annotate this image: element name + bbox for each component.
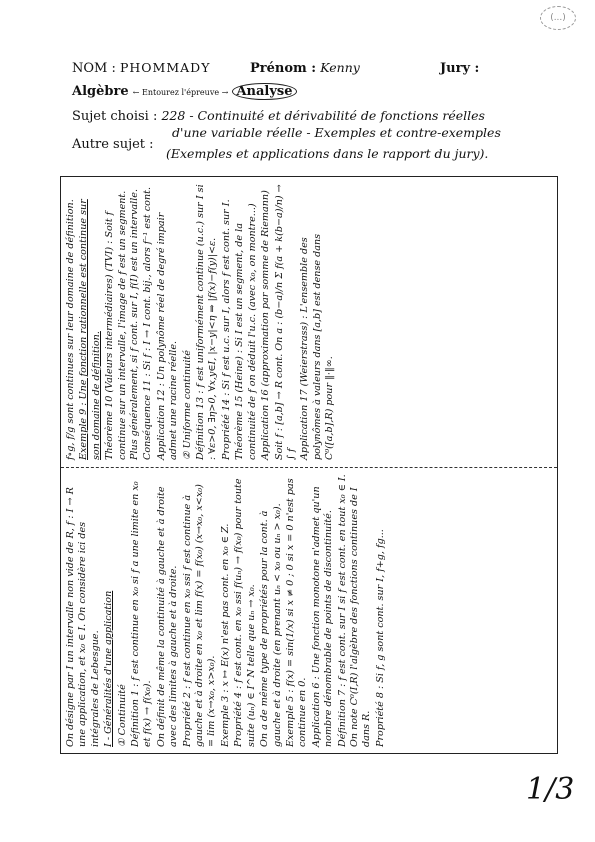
plan-bottom-text: On désigne par I un intervalle non vide …: [61, 468, 557, 753]
plan-line: Théorème 10 (Valeurs intermédiaires) (TV…: [104, 183, 141, 460]
plan-line: Théorème 15 (Heine) : Si I est un segmen…: [234, 183, 259, 460]
plan-line: Définition 1 : f est continue en x₀ si f…: [130, 474, 155, 747]
plan-part-heading: I - Généralités d'une application: [103, 474, 115, 747]
analyse-label-circled: Analyse: [232, 83, 296, 100]
nom-value: PHOMMADY: [120, 60, 210, 75]
plan-line: On désigne par I un intervalle non vide …: [65, 474, 102, 747]
autre-row-2: (Exemples et applications dans le rappor…: [166, 146, 488, 162]
name-row: NOM : PHOMMADY: [72, 60, 210, 76]
sujet-line-2: d'une variable réelle - Exemples et cont…: [172, 125, 501, 140]
autre-label: Autre sujet :: [72, 137, 154, 152]
sujet-row-2: d'une variable réelle - Exemples et cont…: [172, 125, 501, 141]
jury-row: Jury :: [440, 60, 479, 76]
plan-line: Définition 7 : f est cont. sur I si f es…: [337, 474, 374, 747]
plan-line: Application 16 (approximation par somme …: [260, 183, 272, 460]
corner-stamp: (...): [540, 6, 576, 30]
prenom-value: Kenny: [320, 60, 360, 75]
epreuve-row: Algèbre ← Entourez l'épreuve → Analyse: [72, 84, 297, 99]
nom-label: NOM :: [72, 61, 116, 76]
lesson-plan-frame: f∘g, f/g sont continues sur leur domaine…: [60, 176, 558, 754]
plan-line: Exemple 3 : x ↦ E(x) n'est pas cont. en …: [220, 474, 232, 747]
plan-line: On définit de même la continuité à gauch…: [156, 474, 181, 747]
plan-line: f∘g, f/g sont continues sur leur domaine…: [65, 183, 77, 460]
plan-line: Propriété 2 : f est continue en x₀ ssi f…: [182, 474, 219, 747]
sujet-line-1: 228 - Continuité et dérivabilité de fonc…: [161, 108, 485, 123]
plan-line: Exemple 9 : Une fonction rationnelle est…: [78, 183, 103, 460]
plan-top-text: f∘g, f/g sont continues sur leur domaine…: [61, 177, 557, 466]
plan-line: Application 17 (Weierstrass) : L'ensembl…: [299, 183, 336, 460]
plan-top-half: f∘g, f/g sont continues sur leur domaine…: [61, 177, 557, 466]
autre-line: (Exemples et applications dans le rappor…: [166, 146, 488, 161]
plan-line: Conséquence 11 : Si f : I → I cont. bij.…: [142, 183, 154, 460]
plan-line: Exemple 5 : f(x) = sin(1/x) si x ≠ 0 ; 0…: [285, 474, 310, 747]
plan-line: Propriété 4 : f est cont. en x₀ ssi f(uₙ…: [233, 474, 258, 747]
prenom-label: Prénom :: [250, 61, 316, 76]
plan-line: Soit f : [a,b] → R cont. On a : (b−a)/n …: [274, 183, 299, 460]
sujet-row: Sujet choisi : 228 - Continuité et dériv…: [72, 108, 485, 124]
algebre-label: Algèbre: [72, 84, 129, 99]
autre-row: Autre sujet :: [72, 137, 154, 152]
plan-line: Propriété 8 : Si f, g sont cont. sur I, …: [375, 474, 387, 747]
plan-section-heading: ② Uniforme continuité: [182, 183, 194, 460]
plan-line: Propriété 14 : Si f est u.c. sur I, alor…: [221, 183, 233, 460]
plan-line: Définition 13 : f est uniformément conti…: [195, 183, 220, 460]
plan-bottom-half: On désigne par I un intervalle non vide …: [61, 468, 557, 753]
jury-label: Jury :: [440, 61, 479, 76]
plan-line: Application 12 : Un polynôme réel de deg…: [156, 183, 181, 460]
prenom-row: Prénom : Kenny: [250, 60, 360, 76]
epreuve-hint: ← Entourez l'épreuve →: [133, 88, 229, 97]
sujet-label: Sujet choisi :: [72, 109, 157, 124]
plan-section-heading: ① Continuité: [117, 474, 129, 747]
page-number: 1/3: [526, 772, 574, 807]
plan-line: Application 6 : Une fonction monotone n'…: [311, 474, 336, 747]
plan-line: On a de même type de propriétés pour la …: [259, 474, 284, 747]
